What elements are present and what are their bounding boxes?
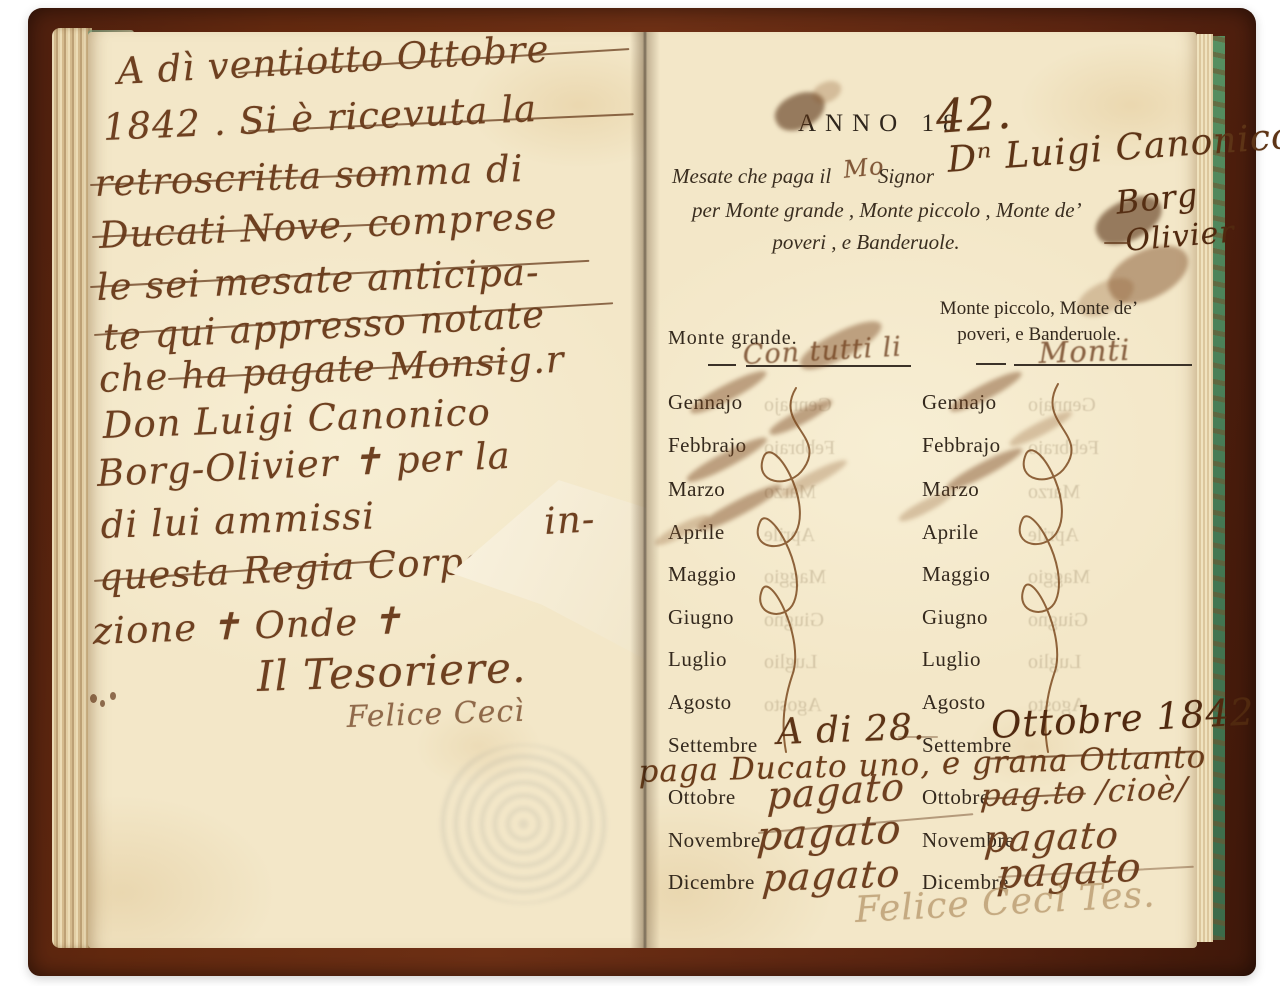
ink-blot bbox=[110, 692, 116, 700]
treasurer-role-line: Il Tesoriere. bbox=[256, 643, 527, 701]
left-manuscript-page: A dì ventiotto Ottobre 1842 . Si è ricev… bbox=[88, 32, 646, 948]
month-aprile-right: Aprile bbox=[922, 520, 979, 545]
month-maggio-left: Maggio bbox=[668, 562, 736, 587]
manuscript-line-fragment: in- bbox=[543, 497, 596, 543]
faint-round-stamp bbox=[436, 744, 611, 904]
intro-printed-text: per Monte grande , Monte piccolo , Monte… bbox=[692, 198, 1082, 223]
manuscript-line: zione ✝ Onde ✝ bbox=[92, 599, 404, 653]
rule-scrawl-right: Monti bbox=[1038, 333, 1131, 370]
month-agosto-right: Agosto bbox=[922, 690, 986, 715]
month-febbrajo-right: Febbrajo bbox=[922, 433, 1001, 458]
month-maggio-right: Maggio bbox=[922, 562, 990, 587]
manuscript-line: questa Regia Corpo bbox=[98, 539, 488, 599]
month-luglio-left: Luglio bbox=[668, 647, 727, 672]
anno-year-handwritten: 42. bbox=[934, 85, 1014, 144]
ink-blot bbox=[100, 700, 105, 707]
month-luglio-right: Luglio bbox=[922, 647, 981, 672]
manuscript-line: 1842 . Si è ricevuta la bbox=[102, 87, 538, 149]
page-edges-stack bbox=[52, 28, 92, 948]
column-rule bbox=[976, 363, 1006, 365]
intro-printed-text: Signor bbox=[878, 164, 934, 189]
manuscript-line: A dì ventiotto Ottobre bbox=[116, 27, 550, 93]
column-header-monte-piccolo-1: Monte piccolo, Monte de’ bbox=[904, 298, 1174, 320]
month-novembre-left: Novembre bbox=[668, 828, 761, 853]
month-giugno-left: Giugno bbox=[668, 605, 734, 630]
open-ledger-book-photo: A dì ventiotto Ottobre 1842 . Si è ricev… bbox=[0, 0, 1280, 986]
month-giugno-right: Giugno bbox=[922, 605, 988, 630]
right-page-edge bbox=[1197, 34, 1213, 942]
month-agosto-left: Agosto bbox=[668, 690, 732, 715]
treasurer-signature: Felice Cecì bbox=[346, 694, 525, 735]
ink-blot bbox=[90, 694, 97, 703]
month-dicembre-left: Dicembre bbox=[668, 870, 755, 895]
right-printed-page: ANNO 18 42. Mesate che paga il Mo Signor… bbox=[646, 32, 1197, 948]
intro-printed-text: poveri , e Banderuole. bbox=[646, 230, 1086, 255]
manuscript-line: di lui ammissi bbox=[100, 494, 376, 547]
intro-printed-text: Mesate che paga il bbox=[672, 164, 831, 189]
green-marbled-strip bbox=[1213, 36, 1225, 940]
brace-flourish-left bbox=[734, 384, 834, 756]
column-rule bbox=[708, 364, 736, 366]
annotation-ottobre-right: pag.to /cioè/ bbox=[979, 771, 1189, 814]
